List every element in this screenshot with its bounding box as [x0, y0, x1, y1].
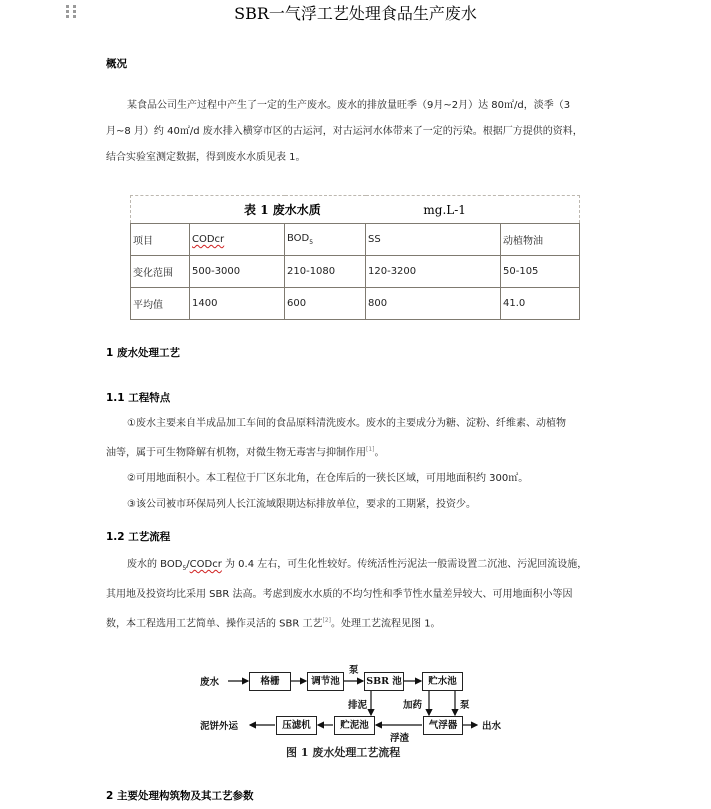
table-cell: 600: [285, 288, 366, 320]
codcr-label: CODcr: [190, 559, 222, 570]
flow-node-flotation: 气浮器: [423, 716, 463, 735]
table-header-cell: 项目: [131, 224, 190, 256]
flow-label-pump-1: 泵: [349, 662, 359, 676]
flow-label-pump-2: 泵: [460, 697, 470, 711]
bod-subscript: 5: [309, 239, 313, 246]
text: 废水的 BOD: [127, 559, 182, 570]
feature-1-line-2: 油等，属于可生物降解有机物，对微生物无毒害与抑制作用: [106, 447, 366, 458]
figure-caption: 图 1 废水处理工艺流程: [286, 744, 400, 760]
section-1-1-body: ①废水主要来自半成品加工车间的食品原料清洗废水。废水的主要成分为糖、淀粉、纤维素…: [106, 411, 603, 518]
section-1-1-heading: 1.1 工程特点: [106, 390, 170, 405]
table-row: 变化范围 500-3000 210-1080 120-3200 50-105: [131, 256, 580, 288]
table-header-cell: 动植物油: [501, 224, 580, 256]
text: 数，本工程选用工艺简单、操作灵活的 SBR 工艺: [106, 618, 323, 629]
table-header-cell: BOD5: [285, 224, 366, 256]
flow-node-equalization: 调节池: [307, 672, 344, 691]
text: 其用地及投资均比采用 SBR 法高。考虑到废水水质的不均匀性和季节性水量差异较大…: [106, 589, 573, 600]
table-cell: 50-105: [501, 256, 580, 288]
flow-label-effluent: 出水: [482, 718, 501, 732]
table-header-row: 项目 CODcr BOD5 SS 动植物油: [131, 224, 580, 256]
table-cell: 平均值: [131, 288, 190, 320]
table-header-cell: CODcr: [190, 224, 285, 256]
text: 为 0.4 左右，可生化性较好。传统活性污泥法一般需设置二沉池、污泥回流设施，: [222, 559, 587, 570]
overview-heading: 概况: [106, 56, 127, 71]
feature-3: ③该公司被市环保局列人长江流域限期达标排放单位，要求的工期紧，投资少。: [127, 499, 476, 510]
water-quality-table: 表 1 废水水质 mg.L-1 项目 CODcr BOD5 SS 动植物油 变化…: [130, 195, 580, 320]
table-cell: 120-3200: [366, 256, 501, 288]
feature-2: ②可用地面积小。本工程位于厂区东北角，在仓库后的一狭长区域，可用地面积约 300…: [127, 473, 528, 484]
feature-1-line-1: ①废水主要来自半成品加工车间的食品原料清洗废水。废水的主要成分为糖、淀粉、纤维素…: [127, 418, 566, 429]
bod-label: BOD: [287, 233, 309, 244]
citation-ref[interactable]: [1]: [366, 446, 375, 453]
flow-node-screen: 格栅: [249, 672, 291, 691]
codcr-label: CODcr: [192, 234, 224, 245]
section-1-heading: 1 废水处理工艺: [106, 345, 180, 360]
overview-paragraph: 某食品公司生产过程中产生了一定的生产废水。废水的排放量旺季（9月~2月）达 80…: [106, 93, 603, 171]
flow-node-sludge-tank: 贮泥池: [334, 716, 375, 735]
overview-line-3: 结合实验室测定数据，得到废水水质见表 1。: [106, 152, 306, 163]
table-cell: 变化范围: [131, 256, 190, 288]
flow-node-storage: 贮水池: [422, 672, 463, 691]
overview-line-1: 某食品公司生产过程中产生了一定的生产废水。废水的排放量旺季（9月~2月）达 80…: [127, 100, 570, 111]
table-caption-row: 表 1 废水水质 mg.L-1: [131, 196, 580, 224]
table-header-cell: SS: [366, 224, 501, 256]
table-row: 平均值 1400 600 800 41.0: [131, 288, 580, 320]
flow-label-dosing: 加药: [403, 697, 422, 711]
document-title: SBR一气浮工艺处理食品生产废水: [0, 4, 711, 24]
table-cell: 800: [366, 288, 501, 320]
citation-ref[interactable]: [2]: [323, 617, 332, 624]
period: 。: [375, 447, 385, 458]
flow-label-input: 废水: [200, 674, 219, 688]
table-cell: 210-1080: [285, 256, 366, 288]
section-1-2-body: 废水的 BOD5/CODcr 为 0.4 左右，可生化性较好。传统活性污泥法一般…: [106, 552, 603, 637]
table-cell: 41.0: [501, 288, 580, 320]
table-cell: 500-3000: [190, 256, 285, 288]
flow-label-scum: 浮渣: [390, 730, 409, 744]
text: 。处理工艺流程见图 1。: [331, 618, 441, 629]
section-2-heading: 2 主要处理构筑物及其工艺参数: [106, 788, 253, 803]
table-unit: mg.L-1: [423, 203, 466, 217]
flow-node-sbr: SBR 池: [364, 672, 404, 691]
flow-node-filter-press: 压滤机: [276, 716, 317, 735]
flow-label-sludge-discharge: 排泥: [348, 697, 367, 711]
table-caption: 表 1 废水水质: [244, 203, 321, 217]
table-cell: 1400: [190, 288, 285, 320]
flow-label-cake-out: 泥饼外运: [200, 718, 238, 732]
section-1-2-heading: 1.2 工艺流程: [106, 529, 170, 544]
overview-line-2: 月~8 月）约 40㎡/d 废水排入横穿市区的古运河，对古运河水体带来了一定的污…: [106, 126, 583, 137]
